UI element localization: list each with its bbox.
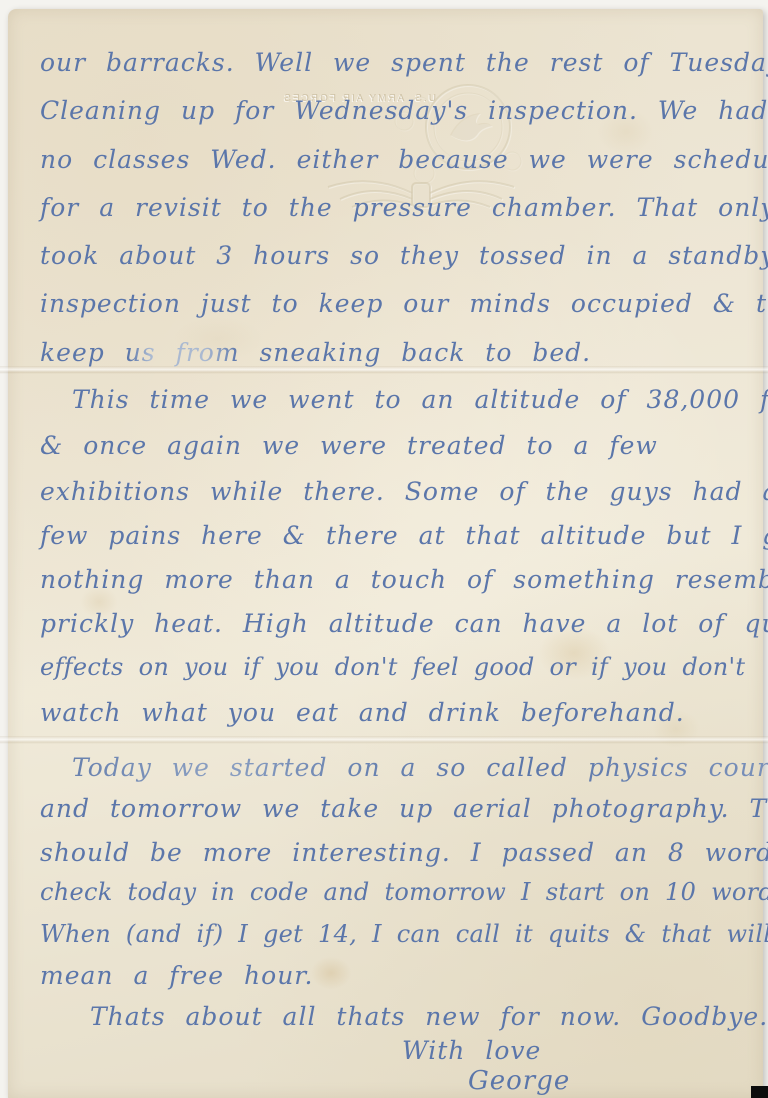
letter-line: took about 3 hours so they tossed in a s… bbox=[40, 241, 768, 270]
letter-line: & once again we were treated to a few bbox=[40, 431, 658, 460]
letter-line: no classes Wed. either because we were s… bbox=[40, 145, 768, 174]
letter-line: should be more interesting. I passed an … bbox=[40, 838, 768, 867]
letter-line: mean a free hour. bbox=[40, 961, 313, 990]
signature: George bbox=[468, 1066, 570, 1096]
letter-line: and tomorrow we take up aerial photograp… bbox=[40, 794, 768, 823]
letter-line: effects on you if you don't feel good or… bbox=[40, 653, 745, 681]
letter-line: This time we went to an altitude of 38,0… bbox=[72, 385, 768, 414]
letter-line: watch what you eat and drink beforehand. bbox=[40, 698, 685, 727]
letter-line: few pains here & there at that altitude … bbox=[40, 521, 768, 550]
letter-line: nothing more than a touch of something r… bbox=[40, 565, 768, 594]
closing-line: With love bbox=[402, 1036, 541, 1065]
letter-line: Cleaning up for Wednesday's inspection. … bbox=[40, 96, 768, 125]
letter-line: Thats about all thats new for now. Goodb… bbox=[90, 1002, 768, 1031]
letter-line: check today in code and tomorrow I start… bbox=[40, 878, 768, 906]
letter-line: keep us from sneaking back to bed. bbox=[40, 338, 591, 367]
letter-line: prickly heat. High altitude can have a l… bbox=[40, 609, 768, 638]
letter-line: our barracks. Well we spent the rest of … bbox=[40, 48, 768, 77]
letter-line: exhibitions while there. Some of the guy… bbox=[40, 477, 768, 506]
scan-background: U.S. ARMY AIR FORCES bbox=[0, 0, 768, 1098]
letter-line: Today we started on a so called physics … bbox=[72, 753, 768, 782]
letter-line: When (and if) I get 14, I can call it qu… bbox=[40, 920, 768, 948]
letter-line: for a revisit to the pressure chamber. T… bbox=[40, 193, 768, 222]
letter-line: inspection just to keep our minds occupi… bbox=[40, 289, 768, 318]
corner-scan-mark bbox=[751, 1086, 768, 1098]
